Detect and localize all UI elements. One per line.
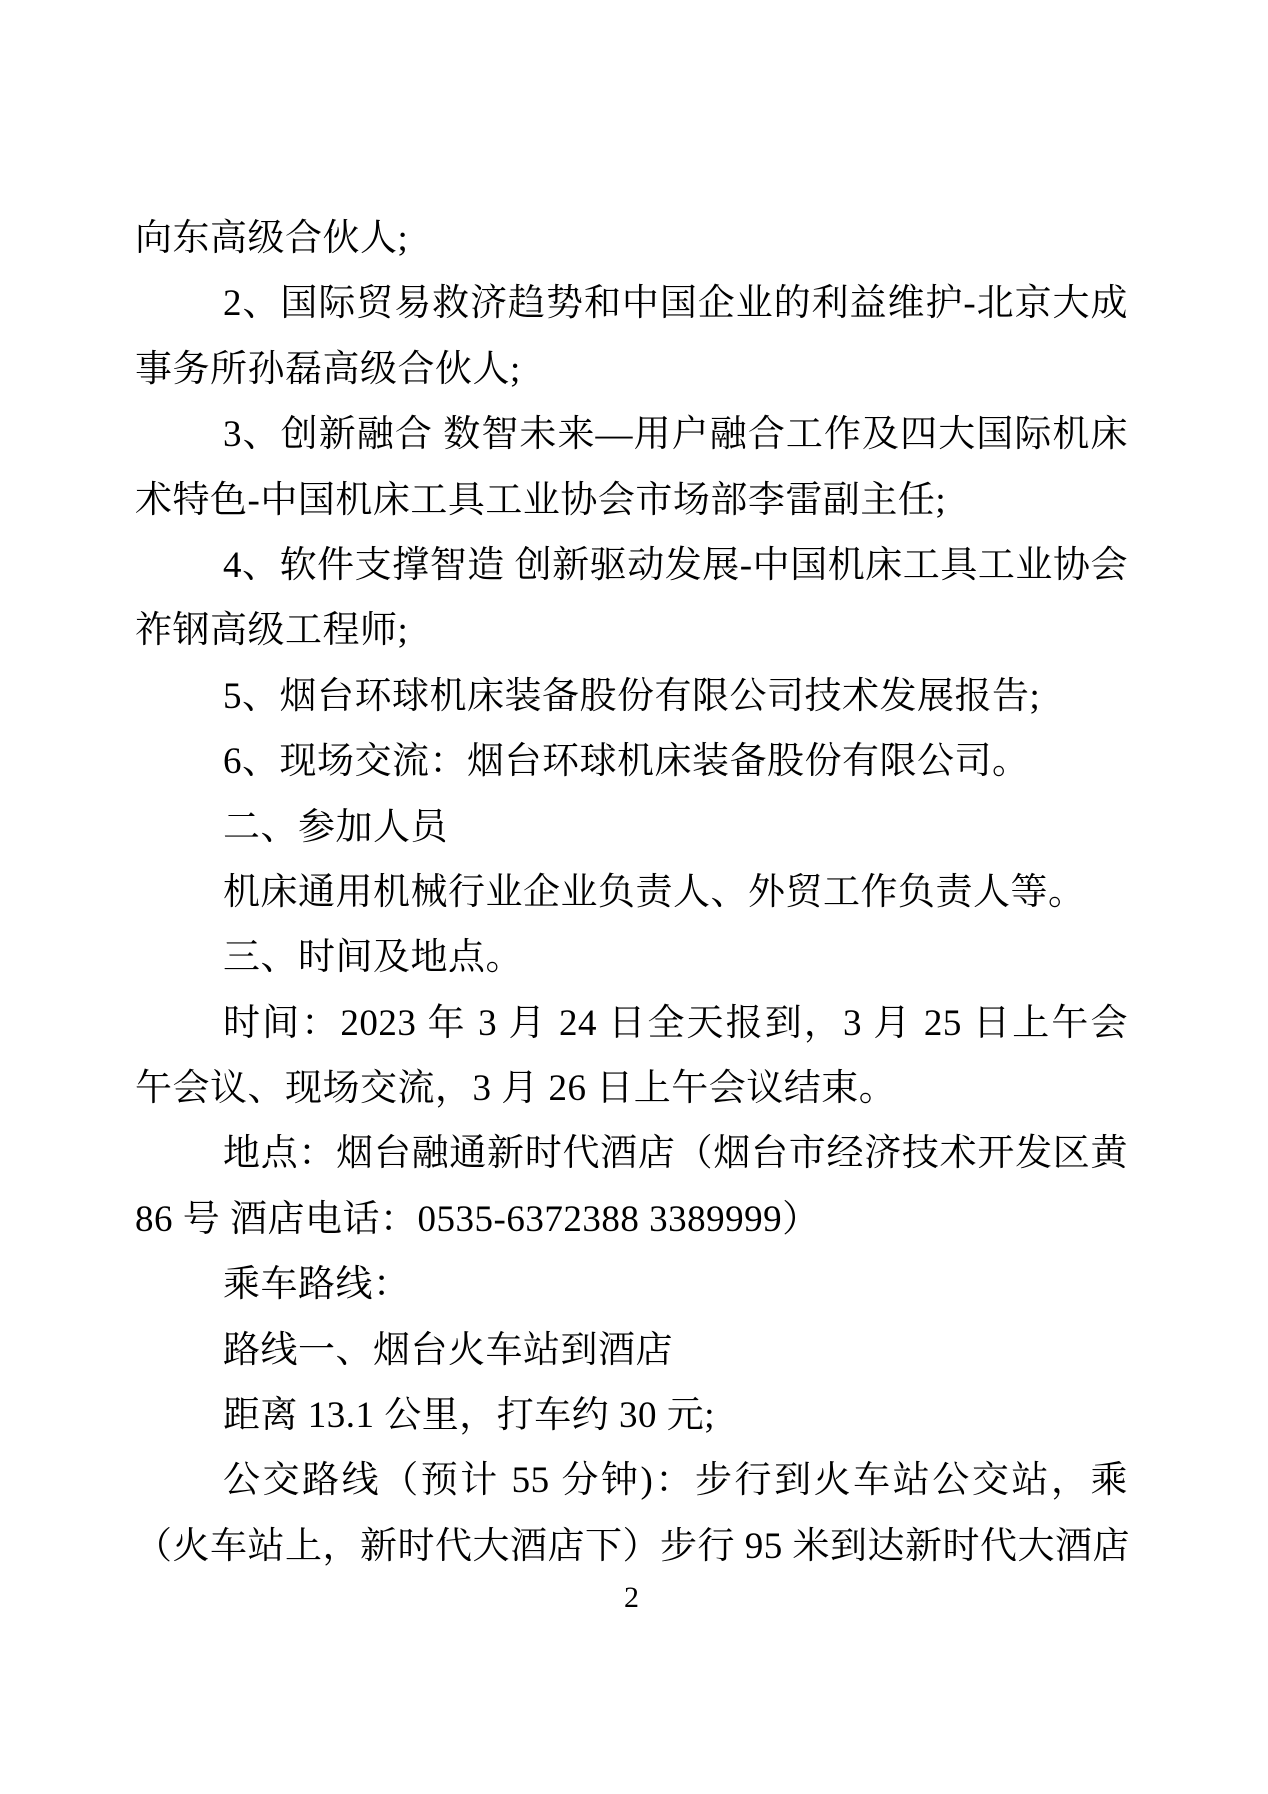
doc-line: 公交路线（预计 55 分钟)：步行到火车站公交站，乘 28 路 [135, 1448, 1128, 1513]
doc-line: 3、创新融合 数智未来—用户融合工作及四大国际机床展技 [135, 402, 1128, 467]
doc-line: 术特色-中国机床工具工业协会市场部李雷副主任; [135, 468, 1128, 533]
document-page: 向东高级合伙人; 2、国际贸易救济趋势和中国企业的利益维护-北京大成律师 事务所… [0, 0, 1268, 1794]
doc-line: 4、软件支撑智造 创新驱动发展-中国机床工具工业协会符 [135, 533, 1128, 598]
doc-line: 祚钢高级工程师; [135, 598, 1128, 663]
doc-line: 路线一、烟台火车站到酒店 [135, 1318, 1128, 1383]
doc-line: 午会议、现场交流，3 月 26 日上午会议结束。 [135, 1056, 1128, 1121]
doc-line: 向东高级合伙人; [135, 206, 1128, 271]
doc-line: 事务所孙磊高级合伙人; [135, 337, 1128, 402]
doc-line: 距离 13.1 公里，打车约 30 元; [135, 1383, 1128, 1448]
doc-line: 机床通用机械行业企业负责人、外贸工作负责人等。 [135, 860, 1128, 925]
doc-line: 2、国际贸易救济趋势和中国企业的利益维护-北京大成律师 [135, 271, 1128, 336]
doc-line: 时间：2023 年 3 月 24 日全天报到，3 月 25 日上午会议、下 [135, 991, 1128, 1056]
doc-line: 三、时间及地点。 [135, 925, 1128, 990]
doc-line: 6、现场交流：烟台环球机床装备股份有限公司。 [135, 729, 1128, 794]
doc-line: 二、参加人员 [135, 795, 1128, 860]
doc-line: （火车站上，新时代大酒店下）步行 95 米到达新时代大酒店。 [135, 1514, 1128, 1579]
doc-line: 乘车路线： [135, 1252, 1128, 1317]
document-body: 向东高级合伙人; 2、国际贸易救济趋势和中国企业的利益维护-北京大成律师 事务所… [135, 206, 1128, 1579]
page-number: 2 [135, 1580, 1128, 1616]
doc-line: 86 号 酒店电话：0535-6372388 3389999） [135, 1187, 1128, 1252]
doc-line: 5、烟台环球机床装备股份有限公司技术发展报告; [135, 664, 1128, 729]
doc-line: 地点：烟台融通新时代酒店（烟台市经济技术开发区黄河路 [135, 1121, 1128, 1186]
